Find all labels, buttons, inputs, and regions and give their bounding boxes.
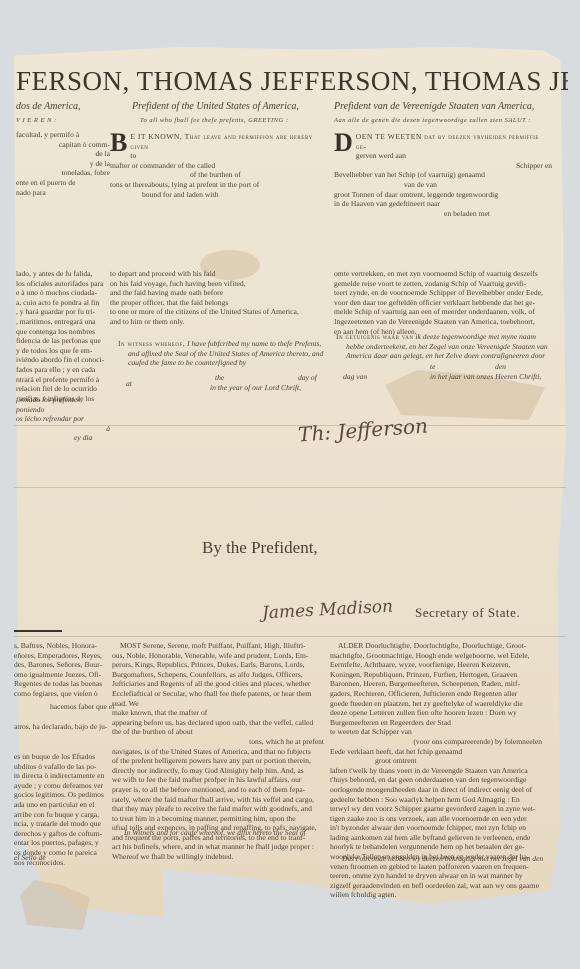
dutch-subtitle: Prefident van de Vereenigde Staaten van … [334, 101, 534, 112]
text-line: arribe con fu buque y carga, [14, 810, 110, 820]
spanish-greeting: V I E R E N : [16, 117, 57, 124]
text-line: gerven werd aan [334, 151, 552, 161]
text-line: Burgomafters, Schepens, Counfellors, as … [112, 670, 324, 680]
text-line: laften t'welk hy thans voert in de Veree… [330, 766, 542, 776]
fold-line [14, 487, 566, 488]
dutch-lower-witness: Des t'oirconde hebben wy deezen bekragti… [342, 854, 543, 864]
text-line: rately, where the faid mafter fhall arri… [112, 795, 324, 805]
text-line: t'huys behoord, en dat geen onderdaanen … [330, 775, 542, 785]
text-line: hacemos faber que el [50, 702, 114, 712]
text-line: des, Barones, Señores, Bour- [14, 660, 110, 670]
text-line: e à uno ò muchos ciudada- [16, 288, 110, 298]
text-line: lado, y antes de fu falida, [16, 269, 110, 279]
text-line: America daar aan gelegt, en het Zelve do… [336, 351, 548, 361]
drop-cap-b: B [110, 132, 127, 154]
text-line: to treat him in a becoming manner, permi… [112, 814, 324, 824]
secretary-of-state-label: Secretary of State. [415, 605, 520, 621]
text-line: (voor ons compareerende) by folemneelen [330, 737, 542, 747]
text-line: os lécho refrendar por [16, 414, 110, 424]
text-line: to [110, 151, 330, 161]
date-day-label: day of [298, 373, 317, 383]
text-line: bound for and laden with [110, 190, 330, 200]
text-line: appearing before us, has declared upon o… [112, 718, 324, 728]
text-line: ntrará el prefente permifo à [16, 375, 110, 385]
text-line: tons or thereabouts, lying at prefent in… [110, 180, 330, 190]
text-line: a, cuio acto fe pondra al fin [16, 298, 110, 308]
text-line: and the faid having made oath before [110, 288, 318, 298]
text-line: Jufticiaries and Regents of all the good… [112, 679, 324, 689]
text-line: , y hará guardar por fu tri- [16, 307, 110, 317]
text-line: and to him or them only. [110, 317, 318, 327]
text-line: melde Schip of vaartuig aan een of meerd… [334, 307, 546, 317]
spanish-witness-clause: firmado los prefentes, poniendo os lécho… [16, 395, 110, 443]
text-line: Schipper en [334, 161, 552, 171]
text-line: ente en el puerto de [16, 178, 110, 188]
english-greeting: To all who fhall fee thefe prefents, GRE… [140, 117, 289, 124]
english-lower-witness: In Witnefs and for caufe whereof, we aff… [124, 828, 306, 838]
text-line: ous, Noble, Honorable, Venerable, wife a… [112, 651, 324, 661]
text-line: oorlogende moogendheeden daar in direct … [330, 785, 542, 795]
text-line: ey dia [16, 433, 110, 443]
text-line: act his bufinefs, where, and in what man… [112, 842, 324, 852]
text-line: atros, ha declarado, bajo de ju- [14, 722, 107, 732]
text-line: to depart and proceed with his faid [110, 269, 318, 279]
text-line: los oficiales autorifados para [16, 279, 110, 289]
text-line: Bevelhebber van het Schip (of vaartuig) … [334, 170, 552, 180]
english-witness-clause: In witness whereof, I have fubfcribed my… [118, 339, 328, 368]
date-te-label: te [430, 362, 435, 372]
dutch-paragraph-2: omte vertrekken, en met zyn voornoemd Sc… [334, 269, 546, 336]
dutch-greeting: Aan alle de genen die dezen tegenwoordig… [334, 117, 531, 124]
text-line: ik deeze tegenwoordige met myne naam [415, 332, 536, 341]
text-line: read. We [112, 699, 324, 709]
spanish-lower-paragraph-2: es un buque de los Eftados ubditos ò vaf… [14, 752, 110, 867]
text-line: and affixed the Seal of the United State… [118, 349, 328, 359]
text-line: we wifh to fee the faid mafter profper i… [112, 775, 324, 785]
text-line: ALDER Doorluchtigfte, Doorluchtigfte, Do… [330, 641, 542, 651]
text-line: relacion fiel de lo ocurrido [16, 384, 110, 394]
witness-lead: In getuigenis waar van [336, 332, 413, 341]
spanish-lower-paragraph: s, Baftres, Nobles, Honora- eñores, Empe… [14, 641, 110, 699]
text-line: s, Baftres, Nobles, Honora- [14, 641, 110, 651]
text-line: derechos y gaftos de coftum- [14, 829, 110, 839]
text-line: that they may pleafe to receive the faid… [112, 804, 324, 814]
text-line: Eerntfefte, Achtbaare, wyze, voorfienige… [330, 660, 542, 670]
text-line: Burgemeefteren en Regeerders der Stad [330, 718, 542, 728]
text-line: à [16, 424, 110, 434]
text-line: zigzelf geraadenvinden en befl oordeelen… [330, 881, 542, 891]
text-line: como fegiares, que vieſen ò [14, 689, 110, 699]
text-line: Regentes de todas las buenas [14, 679, 110, 689]
text-line: mafter or commander of the called [110, 161, 330, 171]
text-line: make known, that the mafter of [112, 708, 324, 718]
text-line: MOST Serene, Serene, moft Puiffant, Puif… [112, 641, 324, 651]
text-line: eñores, Emperadores, Reyes, [14, 651, 110, 661]
text-line: facultad, y permifo à [16, 130, 110, 140]
text-line: omo igualmente Juezes, Ofi- [14, 670, 110, 680]
text-line: hebbe onderteekent, en het Zegel van onz… [336, 342, 548, 352]
text-line: es un buque de los Eftados [14, 752, 110, 762]
text-line: tons, which he at prefent [112, 737, 324, 747]
fold-line [14, 636, 566, 637]
text-line: navigates, is of the United States of Am… [112, 747, 324, 757]
text-line: groot omtrent [330, 756, 542, 766]
text-line: OEN TE WEETEN dat by deezen vryheiden pe… [334, 132, 552, 151]
text-line: iviéndo abordo fin el conoci- [16, 355, 110, 365]
text-line: Ingezeetenen van de Vereenigde Staaten v… [334, 317, 546, 327]
text-line: y de la [16, 159, 110, 169]
text-line: Baronnen, Heeren, Burgemeefteren, Scheep… [330, 679, 542, 689]
text-line: in de Haaven van gedeftineert naar [334, 199, 552, 209]
date-at-label: at [126, 379, 132, 389]
text-line: que contenga los nombres [16, 327, 110, 337]
english-subtitle: Prefident of the United States of Americ… [132, 101, 299, 112]
date-the-label: the [215, 373, 224, 383]
text-line: el Sello de [14, 853, 46, 863]
text-line: directly nor indirectly, fo may God Almi… [112, 766, 324, 776]
text-line: teert zynde, en de voornoemde Schipper o… [334, 288, 546, 298]
text-line: E IT KNOWN, That leave and permiffion ar… [110, 132, 330, 151]
text-line: hoorlyk te behandelen vergunnende hem op… [330, 842, 542, 852]
text-line: firmado los prefentes, poniendo [16, 395, 110, 414]
text-line: Ecclefiaftical or Secular, who fhall fee… [112, 689, 324, 699]
text-line: , maritimos, entregará una [16, 317, 110, 327]
text-line: Koningen, Republiquen, Prinzen, Furften,… [330, 670, 542, 680]
text-line: gocios legitimos. Os pedimos [14, 790, 110, 800]
text-line: gedeelte hebben : Soo waarlyk helpen hem… [330, 795, 542, 805]
text-line: toneladas, fobre [16, 168, 110, 178]
text-line: goede fteeden en plaatzen, het zy geefte… [330, 699, 542, 709]
text-line: teeren, omme zyn handel te dryven alwaar… [330, 871, 542, 881]
text-line: the proper officer, that the faid belong… [110, 298, 318, 308]
text-line: ayude ; y como defeamos ver [14, 781, 110, 791]
dutch-paragraph-1: D OEN TE WEETEN dat by deezen vryheiden … [334, 132, 552, 218]
text-line: fados para ello ; y en cada [16, 365, 110, 375]
text-line: groot Tonnen of daar omtrent, leggende t… [334, 190, 552, 200]
text-line: machtigfte, Grootmachtige, Hoogh ende we… [330, 651, 542, 661]
text-line: deeze opene Letteren zullen fien ofte ho… [330, 708, 542, 718]
text-line: Whereof we fhall be willingly indebted. [112, 852, 324, 862]
text-line: prayer is, to all the before mentioned, … [112, 785, 324, 795]
spanish-paragraph-2: lado, y antes de fu falida, los oficiale… [16, 269, 110, 403]
text-line: the of the burthen of about [112, 727, 324, 737]
document-title: FERSON, THOMAS JEFFERSON, THOMAS JEFFERS… [16, 66, 568, 97]
date-year-label: in het jaar van onzes Heeren Chrifti, [430, 372, 541, 382]
text-line: ada uno en particular en el [14, 800, 110, 810]
english-paragraph-2: to depart and proceed with his faid on h… [110, 269, 318, 327]
text-line: perors, Kings, Republics, Princes, Dukes… [112, 660, 324, 670]
text-line: gemelde reise voort te zetten, zodanig S… [334, 279, 546, 289]
text-line: voor den daar toe gefteldén officier ver… [334, 298, 546, 308]
text-line: ubditos ò vafallo de las po- [14, 762, 110, 772]
text-line: of the burthen of [110, 170, 330, 180]
text-line: te weeten dat Schipper van [330, 727, 542, 737]
separator-rule [14, 630, 62, 632]
by-the-president: By the Prefident, [202, 538, 318, 558]
text-line: de la [16, 149, 110, 159]
drop-cap-d: D [334, 132, 353, 154]
english-paragraph-1: B E IT KNOWN, That leave and permiffion … [110, 132, 330, 199]
witness-lead: In witness whereof, [118, 339, 185, 348]
text-line: entar los puertos, pafages, y [14, 838, 110, 848]
text-line: m directa ò indirectamente en [14, 771, 110, 781]
spanish-subtitle: dos de America, [16, 101, 81, 112]
text-line: I have fubfcribed my name to thefe Prefe… [187, 339, 321, 348]
spanish-paragraph-1: facultad, y permifo à capitan ò comm- de… [16, 130, 110, 197]
text-line: y de todos los que fe em- [16, 346, 110, 356]
text-line: omte vertrekken, en met zyn voornoemd Sc… [334, 269, 546, 279]
text-line: on his faid voyage, fuch having been vif… [110, 279, 318, 289]
text-line: caufed the fame to be counterfigned by [118, 358, 328, 368]
date-den-label: den [495, 362, 506, 372]
text-line: willen fchuldig agten. [330, 890, 542, 900]
text-line: gaders, Rechteren, Officieren, Jufticier… [330, 689, 542, 699]
text-line: nado para [16, 188, 110, 198]
date-year-label: in the year of our Lord Chrift, [210, 383, 301, 393]
text-line: tigen zaake zoo is ons verzoek, aan alle… [330, 814, 542, 824]
text-line: van de van [334, 180, 552, 190]
text-line: ncia, y tratarle del modo que [14, 819, 110, 829]
text-line: terwyl wy den voorz Schipper gaarne gevo… [330, 804, 542, 814]
text-line: of the prefent belligerent powers have a… [112, 756, 324, 766]
text-line: capitan ò comm- [16, 140, 110, 150]
dutch-witness-clause: In getuigenis waar van ik deeze tegenwoo… [336, 332, 548, 361]
date-dag-label: dag van [343, 372, 367, 382]
text-line: Eede verklaart heeft, dat het fchip gena… [330, 747, 542, 757]
text-line: fidencia de las perfonas que [16, 336, 110, 346]
text-line: lading aankomen zal hem alle byftand gel… [330, 833, 542, 843]
text-line: to one or more of the citizens of the Un… [110, 307, 318, 317]
text-line: in't byzonder alwaar den voornoemde fchi… [330, 823, 542, 833]
text-line: en beladen met [334, 209, 552, 219]
